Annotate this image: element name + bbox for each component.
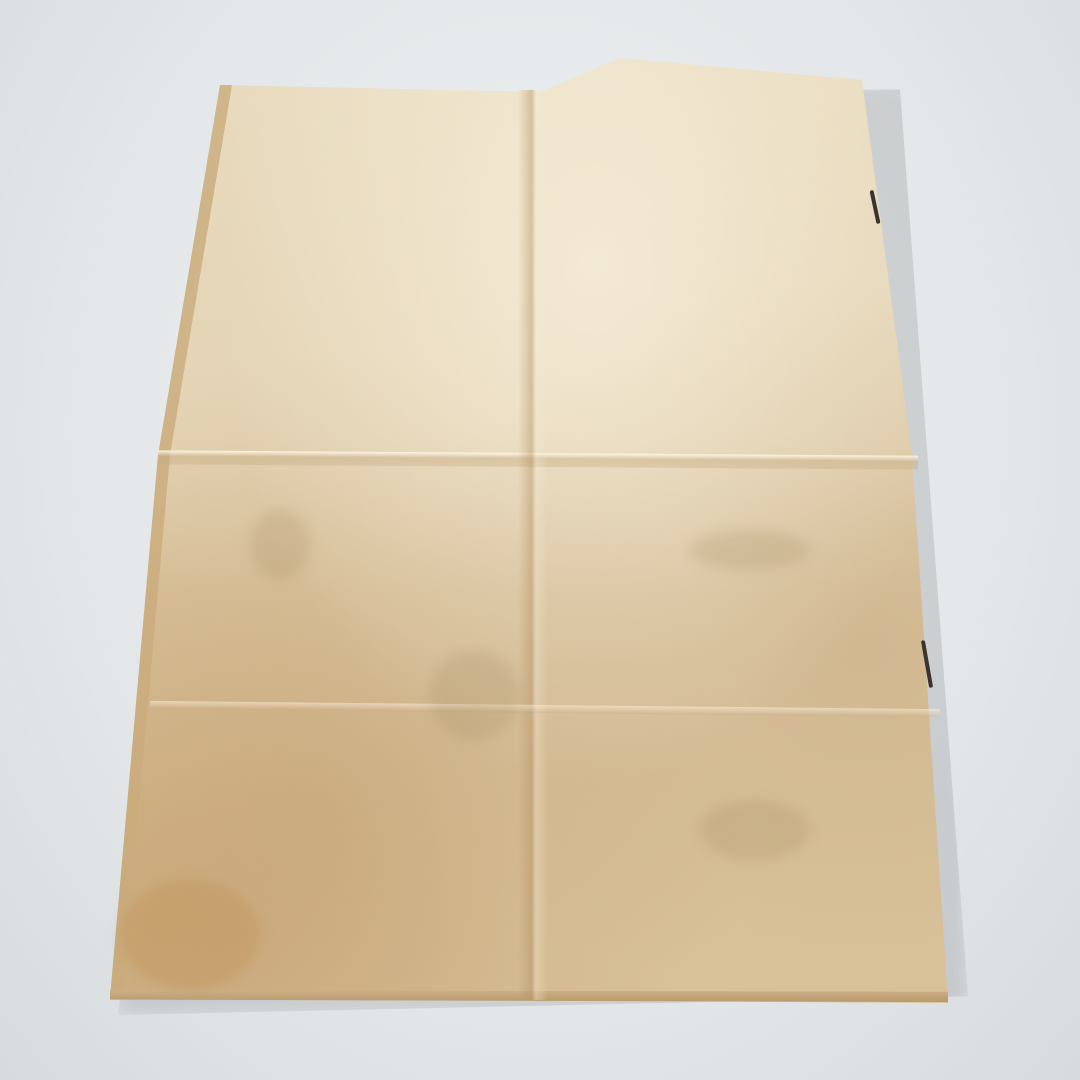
ink-stain: [250, 510, 310, 580]
pencil-mark-stain: [700, 800, 810, 860]
water-stain: [430, 650, 520, 740]
water-stain: [690, 530, 810, 570]
aged-paper-document: [0, 0, 1080, 1080]
vertical-fold-line: [518, 90, 548, 1000]
corner-discoloration: [120, 880, 260, 990]
